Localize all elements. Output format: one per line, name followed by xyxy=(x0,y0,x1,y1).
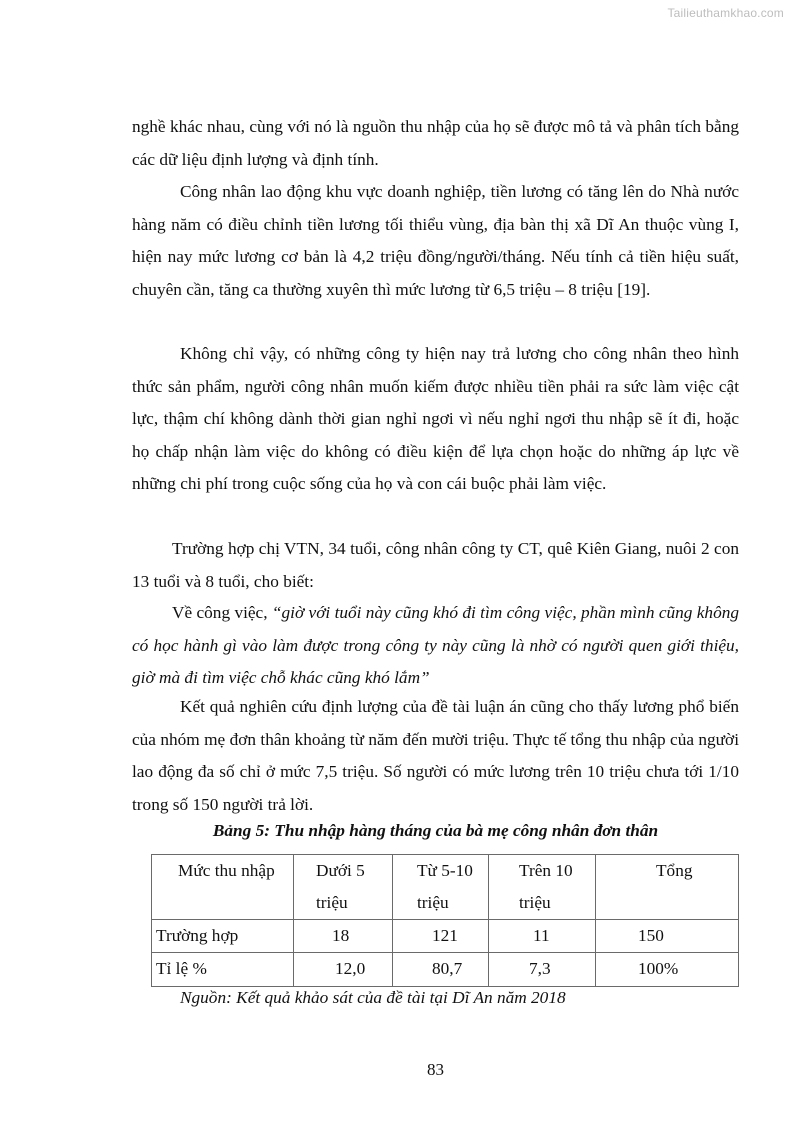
table-row: Trường hợp 18 121 11 150 xyxy=(152,920,739,953)
income-table: Mức thu nhập Dưới 5 triệu Từ 5-10 triệu … xyxy=(151,854,739,987)
paragraph-piecework: Không chỉ vậy, có những công ty hiện nay… xyxy=(132,338,739,501)
quote-lead: Về công việc, xyxy=(172,603,272,622)
table-cell: 80,7 xyxy=(393,953,489,987)
table-source: Nguồn: Kết quả khảo sát của đề tài tại D… xyxy=(180,985,566,1011)
watermark: Tailieuthamkhao.com xyxy=(667,6,784,20)
table-row: Tỉ lệ % 12,0 80,7 7,3 100% xyxy=(152,953,739,987)
table-cell: 7,3 xyxy=(489,953,596,987)
row-label: Trường hợp xyxy=(152,920,294,953)
table-header-row: Mức thu nhập Dưới 5 triệu Từ 5-10 triệu … xyxy=(152,855,739,920)
paragraph-wages: Công nhân lao động khu vực doanh nghiệp,… xyxy=(132,176,739,306)
paragraph-results: Kết quả nghiên cứu định lượng của đề tài… xyxy=(132,691,739,821)
header-cell: Tổng xyxy=(596,855,739,920)
paragraph-quote: Về công việc, “giờ với tuổi này cũng khó… xyxy=(132,597,739,695)
paragraph-case: Trường hợp chị VTN, 34 tuổi, công nhân c… xyxy=(132,533,739,598)
table-cell: 100% xyxy=(596,953,739,987)
table-cell: 121 xyxy=(393,920,489,953)
page-number: 83 xyxy=(132,1060,739,1080)
paragraph-intro: nghề khác nhau, cùng với nó là nguồn thu… xyxy=(132,111,739,176)
header-cell: Mức thu nhập xyxy=(152,855,294,920)
header-cell: Trên 10 triệu xyxy=(489,855,596,920)
row-label: Tỉ lệ % xyxy=(152,953,294,987)
table-caption: Bảng 5: Thu nhập hàng tháng của bà mẹ cô… xyxy=(132,818,739,844)
table-cell: 150 xyxy=(596,920,739,953)
table-cell: 12,0 xyxy=(294,953,393,987)
header-cell: Dưới 5 triệu xyxy=(294,855,393,920)
table-cell: 11 xyxy=(489,920,596,953)
table-cell: 18 xyxy=(294,920,393,953)
header-cell: Từ 5-10 triệu xyxy=(393,855,489,920)
